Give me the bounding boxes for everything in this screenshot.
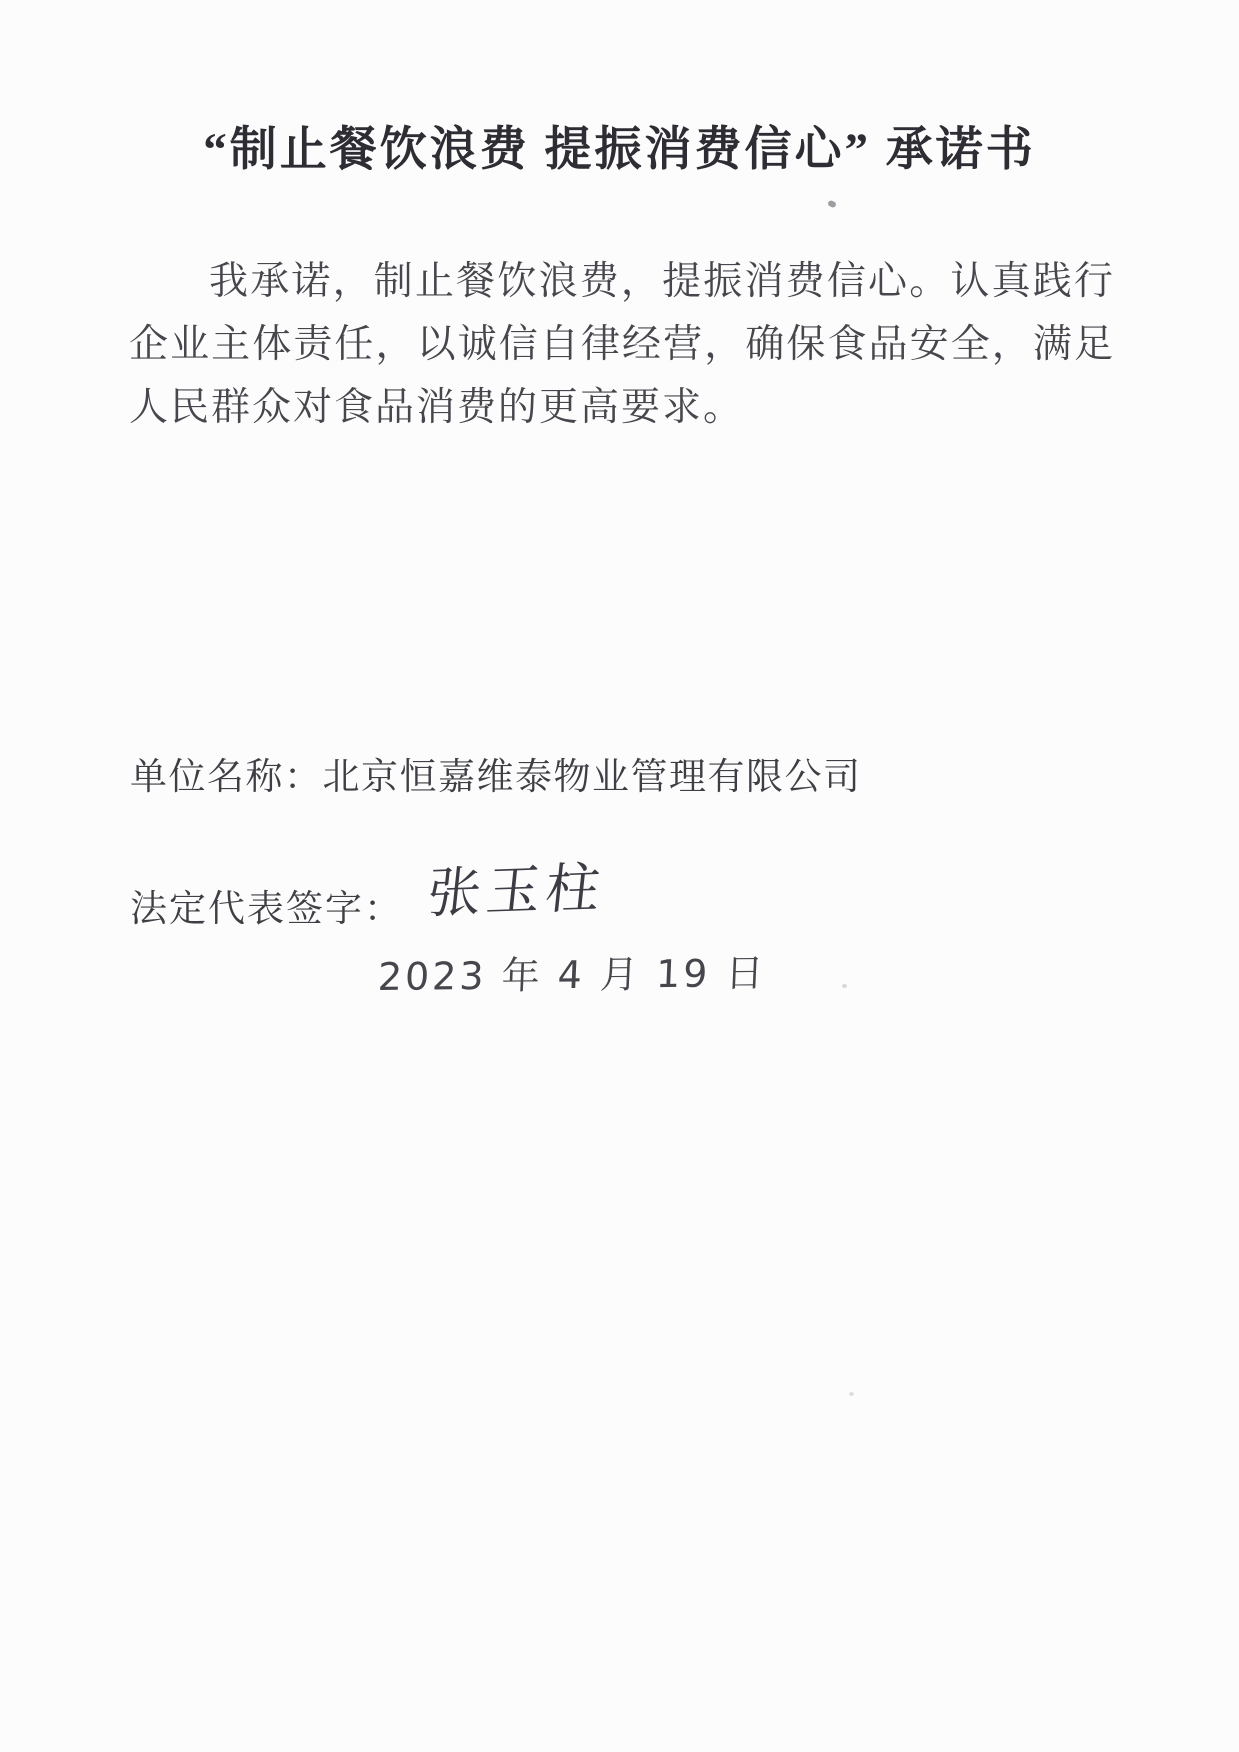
legal-representative-label: 法定代表签字： bbox=[130, 878, 403, 932]
scan-speck bbox=[827, 200, 837, 209]
legal-representative-signature: 张玉柱 bbox=[424, 845, 609, 929]
unit-name-label: 单位名称： bbox=[130, 757, 323, 798]
scan-speck bbox=[849, 1392, 854, 1396]
document-title: “制止餐饮浪费 提振消费信心” 承诺书 bbox=[0, 112, 1239, 179]
scan-speck bbox=[842, 984, 847, 988]
commitment-paragraph: 我承诺，制止餐饮浪费，提振消费信心。认真践行企业主体责任，以诚信自律经营，确保食… bbox=[129, 250, 1115, 439]
unit-name-value: 北京恒嘉维泰物业管理有限公司 bbox=[323, 757, 862, 798]
scanned-document-page: “制止餐饮浪费 提振消费信心” 承诺书 我承诺，制止餐饮浪费，提振消费信心。认真… bbox=[0, 0, 1239, 1752]
unit-name-line: 单位名称：北京恒嘉维泰物业管理有限公司 bbox=[130, 746, 862, 800]
signature-date: 2023 年 4 月 19 日 bbox=[377, 942, 768, 1001]
